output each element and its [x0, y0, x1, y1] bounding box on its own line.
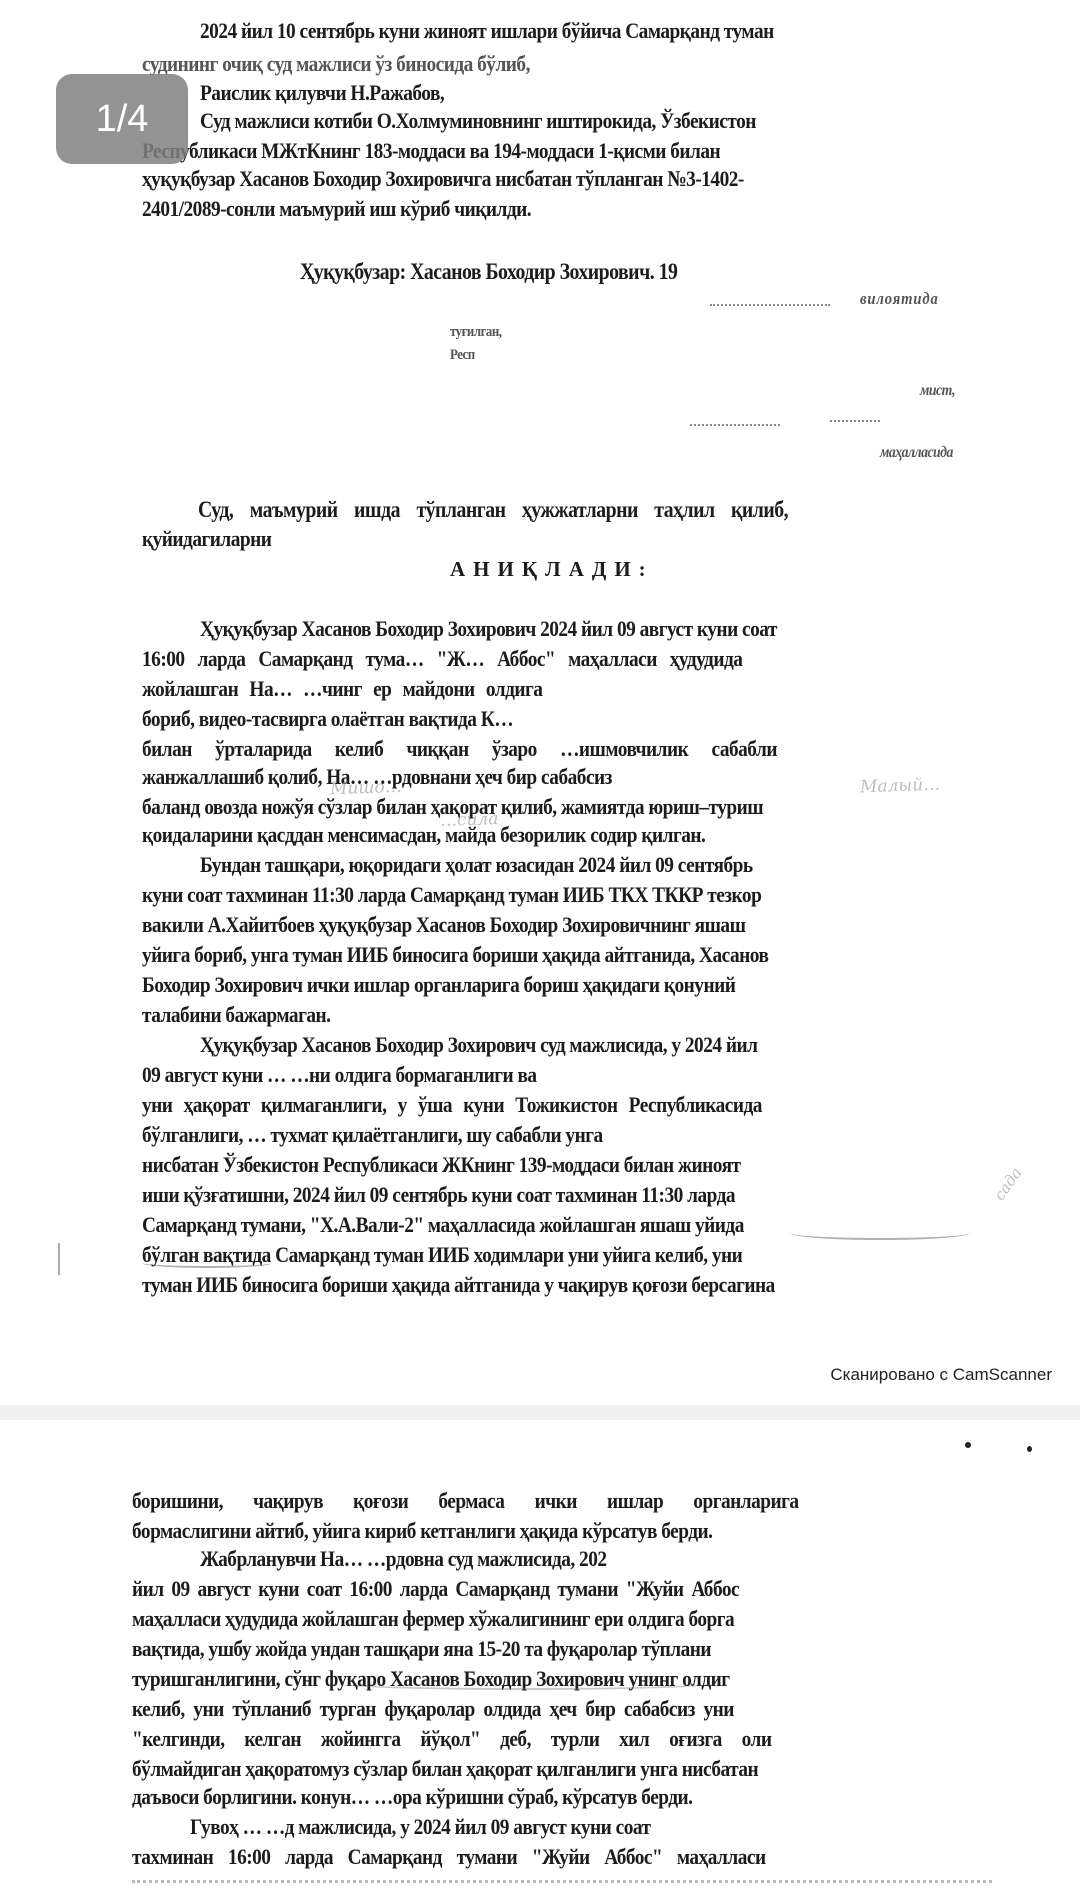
paragraph-line: вакили А.Хайитбоев ҳуқуқбузар Хасанов Бо…	[142, 914, 745, 937]
paragraph-line: Ҳуқуқбузар Хасанов Боходир Зохирович 202…	[200, 618, 777, 641]
camscanner-watermark: Сканировано с CamScanner	[830, 1365, 1052, 1385]
intro-line: Суд мажлиси котиби О.Холмуминовнинг ишти…	[200, 110, 756, 133]
analysis-line: Суд, маъмурий ишда тўпланган ҳужжатларни…	[198, 498, 973, 521]
paragraph-line: жойлашган На… …чинг ер майдони олдига	[142, 678, 542, 701]
page-indicator-badge: 1/4	[56, 74, 188, 164]
paragraph-line: қоидаларини қасддан менсимасдан, майда б…	[142, 824, 705, 847]
paragraph-line: Бундан ташқари, юқоридаги ҳолат юзасидан…	[200, 854, 753, 877]
paragraph-line: бўлганлиги, … тухмат қилаётганлиги, шу с…	[142, 1124, 603, 1147]
pen-underline	[790, 1226, 970, 1240]
paragraph-line: куни соат тахминан 11:30 ларда Самарқанд…	[142, 884, 761, 907]
paragraph-line: иши қўзғатишни, 2024 йил 09 сентябрь кун…	[142, 1184, 735, 1207]
paragraph-line: келиб, уни тўпланиб турган фуқаролар олд…	[132, 1698, 734, 1721]
paragraph-line: Ҳуқуқбузар Хасанов Боходир Зохирович суд…	[200, 1034, 757, 1057]
offender-birthplace: туғилган,	[450, 325, 501, 340]
offender-occupation: мист,	[920, 383, 955, 399]
presiding-judge: Раислик қилувчи Н.Ражабов,	[200, 82, 444, 105]
redacted-field	[830, 420, 880, 422]
paragraph-line: 09 август куни … …ни олдига бормаганлиги…	[142, 1064, 537, 1087]
paragraph-line: Боходир Зохирович ички ишлар органларига…	[142, 974, 735, 997]
handwritten-note: Малый…	[860, 775, 941, 798]
intro-line: Республикаси МЖтКнинг 183-моддаси ва 194…	[142, 140, 720, 163]
redacted-field	[690, 424, 780, 426]
paragraph-line: маҳалласи ҳудудида жойлашган фермер хўжа…	[132, 1608, 734, 1631]
paragraph-line: бўлмайдиган ҳақоратомуз сўзлар билан ҳақ…	[132, 1758, 758, 1781]
paragraph-line: Жабрланувчи На… …рдовна суд мажлисида, 2…	[200, 1548, 607, 1571]
paragraph-line: 16:00 ларда Самарқанд тума… "Ж… Аббос" м…	[142, 648, 742, 671]
paragraph-line: уни ҳақорат қилмаганлиги, у ўша куни Тож…	[142, 1094, 762, 1117]
intro-line: ҳуқуқбузар Хасанов Боходир Зохировичга н…	[142, 168, 744, 191]
paragraph-line: боришини, чақирув қоғози бермаса ички иш…	[132, 1490, 799, 1513]
paragraph-line: тахминан 16:00 ларда Самарқанд тумани "Ж…	[132, 1846, 766, 1869]
paragraph-line: даъвоси борлигини. конун… …ора кўришни с…	[132, 1786, 693, 1809]
pen-underline	[142, 1258, 272, 1268]
scanned-page-1[interactable]: 2024 йил 10 сентябрь куни жиноят ишлари …	[0, 0, 1080, 1405]
analysis-line: қуйидагиларни	[142, 528, 271, 551]
paragraph-line: "келгинди, келган жойингга йўқол" деб, т…	[132, 1728, 772, 1751]
scanned-page-2[interactable]: боришини, чақирув қоғози бермаса ички иш…	[0, 1420, 1080, 1902]
pen-underline	[330, 1676, 720, 1690]
intro-line: судининг очиқ суд мажлиси ўз биносида бў…	[142, 53, 530, 76]
paragraph-line: йил 09 август куни соат 16:00 ларда Сама…	[132, 1578, 739, 1601]
offender-address: маҳалласида	[880, 445, 953, 461]
paragraph-line: Самарқанд тумани, "Х.А.Вали-2" маҳалласи…	[142, 1214, 744, 1237]
paragraph-line: талабини бажармаган.	[142, 1004, 330, 1027]
margin-mark	[58, 1243, 60, 1275]
handwritten-note: сада	[990, 1164, 1025, 1204]
document-viewer[interactable]: 2024 йил 10 сентябрь куни жиноят ишлари …	[0, 0, 1080, 1902]
intro-line: 2024 йил 10 сентябрь куни жиноят ишлари …	[200, 20, 774, 43]
offender-region: вилоятида	[860, 290, 939, 307]
scan-speck	[965, 1442, 971, 1448]
paragraph-line: Гувоҳ … …д мажлисида, у 2024 йил 09 авгу…	[190, 1816, 651, 1839]
paragraph-line: вақтида, ушбу жойда ундан ташқари яна 15…	[132, 1638, 711, 1661]
paragraph-line: бориб, видео-тасвирга олаётган вақтида К…	[142, 708, 513, 731]
paragraph-line: туман ИИБ биносига бориши ҳақида айтгани…	[142, 1274, 775, 1297]
offender-citizenship: Респ	[450, 348, 475, 363]
offender-header: Ҳуқуқбузар: Хасанов Боходир Зохирович. 1…	[300, 260, 677, 283]
paragraph-line: уйига бориб, унга туман ИИБ биносига бор…	[142, 944, 768, 967]
page-separator	[0, 1405, 1080, 1420]
paragraph-line: билан ўрталарида келиб чиққан ўзаро …ишм…	[142, 738, 777, 761]
scan-speck	[1027, 1446, 1032, 1452]
paragraph-line: бормаслигини айтиб, уйига кириб кетганли…	[132, 1520, 712, 1543]
section-heading: АНИҚЛАДИ:	[450, 557, 654, 582]
paragraph-line: нисбатан Ўзбекистон Республикаси ЖКнинг …	[142, 1154, 741, 1177]
analysis-text: Суд, маъмурий ишда тўпланган ҳужжатларни…	[198, 498, 788, 521]
cut-off-line	[132, 1880, 992, 1886]
redacted-field	[710, 304, 830, 306]
case-number-line: 2401/2089-сонли маъмурий иш кўриб чиқилд…	[142, 198, 531, 221]
